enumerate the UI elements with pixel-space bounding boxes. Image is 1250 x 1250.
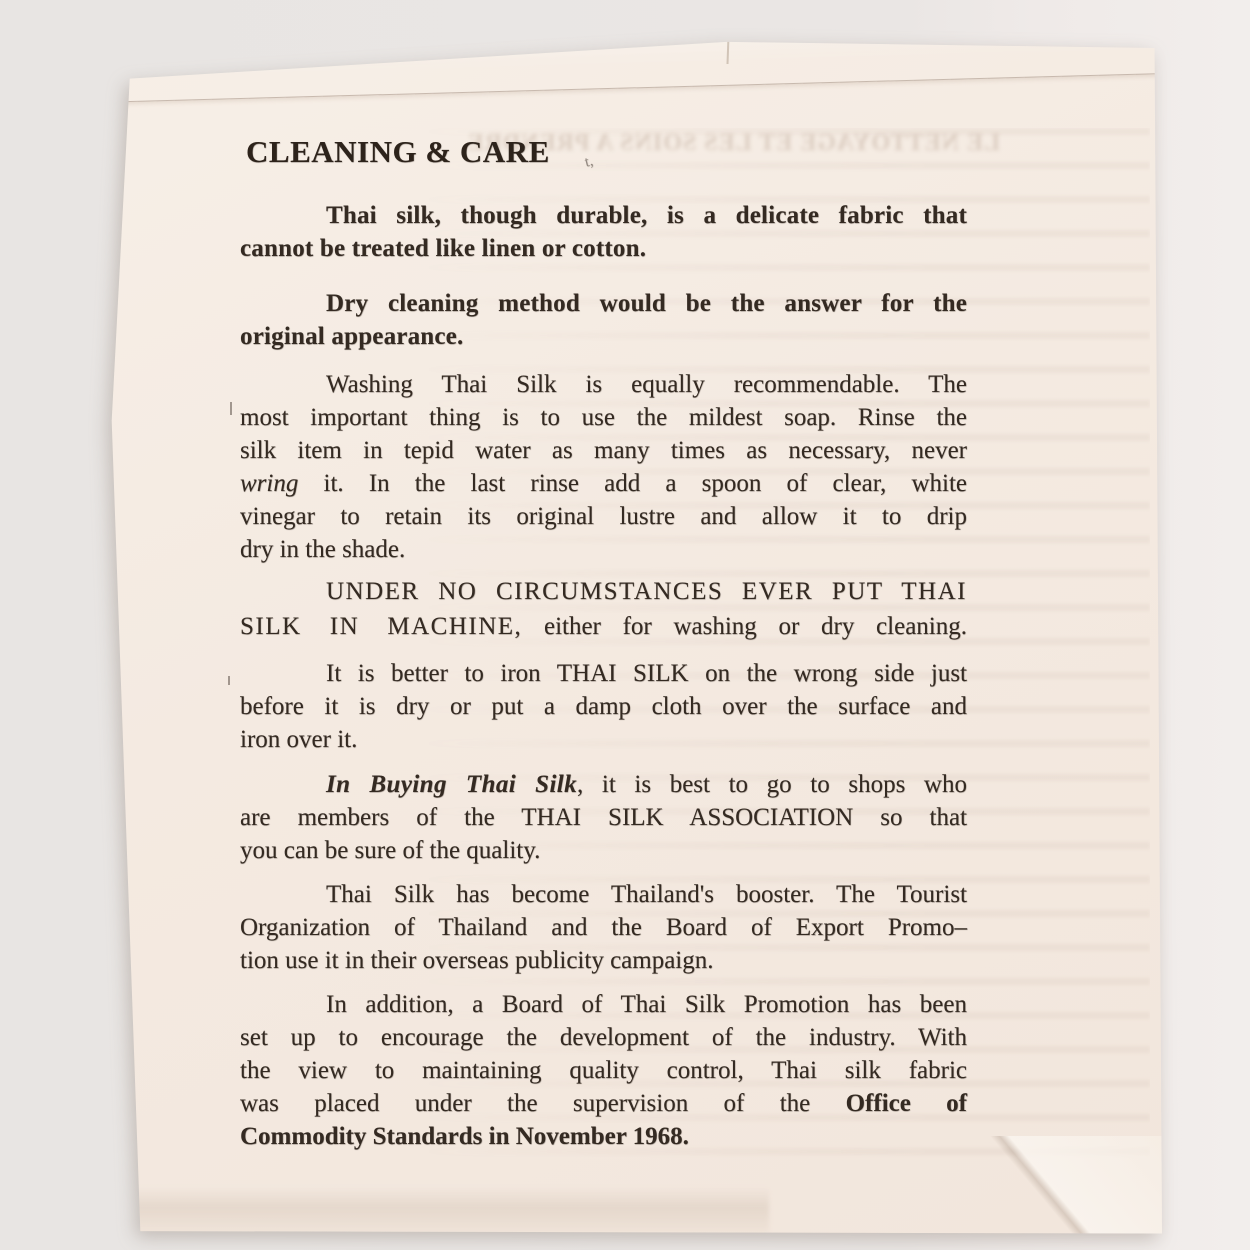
text-line: tion use it in their overseas publicity … (240, 944, 967, 977)
paragraph-delicate-fabric: Thai silk, though durable, is a delicate… (240, 199, 967, 265)
heading-row: CLEANING & CARE t, (246, 132, 967, 178)
text-line: It is better to iron THAI SILK on the wr… (240, 657, 967, 690)
text-line: Organization of Thailand and the Board o… (240, 911, 967, 944)
text-line: iron over it. (240, 723, 967, 756)
text-line: In Buying Thai Silk, it is best to go to… (240, 768, 967, 801)
stray-ink-mark: t, (580, 142, 597, 183)
text-line: set up to encourage the development of t… (240, 1021, 967, 1054)
paragraph-ironing: It is better to iron THAI SILK on the wr… (240, 657, 967, 756)
text-line: you can be sure of the quality. (240, 834, 967, 867)
paragraph-washing-instructions: Washing Thai Silk is equally recommendab… (240, 368, 967, 566)
warning-caps-segment: SILK IN MACHINE, (240, 613, 522, 640)
text-line: dry in the shade. (240, 533, 967, 566)
italic-word-wring: wring (240, 470, 298, 497)
text-line: vinegar to retain its original lustre an… (240, 500, 967, 533)
text-line: Thai Silk has become Thailand's booster.… (240, 878, 967, 911)
text-segment: was placed under the supervision of the (240, 1090, 846, 1117)
text-segment: it. In the last rinse add a spoon of cle… (298, 470, 967, 497)
print-speck (228, 676, 230, 685)
paragraph-machine-warning: UNDER NO CIRCUMSTANCES EVER PUT THAI SIL… (240, 574, 967, 644)
bold-italic-buying-segment: In Buying Thai Silk (326, 771, 577, 798)
text-line: In addition, a Board of Thai Silk Promot… (240, 988, 967, 1021)
text-line: Washing Thai Silk is equally recommendab… (240, 368, 967, 401)
text-line: Dry cleaning method would be the answer … (240, 287, 967, 320)
text-line: before it is dry or put a damp cloth ove… (240, 690, 967, 723)
text-line: most important thing is to use the milde… (240, 401, 967, 434)
text-line: the view to maintaining quality control,… (240, 1054, 967, 1087)
paragraph-dry-cleaning: Dry cleaning method would be the answer … (240, 287, 967, 353)
text-segment: , it is best to go to shops who (577, 771, 967, 798)
text-line: Thai silk, though durable, is a delicate… (240, 199, 967, 232)
bold-office-segment: Office of (846, 1090, 967, 1117)
top-fold-crease (90, 0, 1185, 103)
print-speck (230, 402, 232, 415)
bold-commodity-segment: Commodity Standards in November 1968. (240, 1123, 689, 1150)
text-line: cannot be treated like linen or cotton. (240, 232, 967, 265)
table-surface: LE NETTOYAGE ET LES SOINS A PRENDRE CLEA… (0, 0, 1250, 1250)
bottom-fold-shadow (132, 1187, 769, 1233)
paper-shadow-wrap: LE NETTOYAGE ET LES SOINS A PRENDRE CLEA… (100, 10, 1162, 1236)
page-title: CLEANING & CARE (246, 134, 550, 169)
text-line: UNDER NO CIRCUMSTANCES EVER PUT THAI (240, 574, 967, 609)
text-line: was placed under the supervision of the … (240, 1087, 967, 1120)
text-line: original appearance. (240, 320, 967, 353)
paragraph-promotion-board: In addition, a Board of Thai Silk Promot… (240, 988, 967, 1153)
text-line: wring it. In the last rinse add a spoon … (240, 467, 967, 500)
paragraph-buying: In Buying Thai Silk, it is best to go to… (240, 768, 967, 867)
top-fold-nick (726, 36, 729, 64)
document-page: LE NETTOYAGE ET LES SOINS A PRENDRE CLEA… (100, 10, 1162, 1236)
text-line: Commodity Standards in November 1968. (240, 1120, 967, 1153)
text-segment: either for washing or dry cleaning. (522, 613, 967, 640)
page-content: CLEANING & CARE t, Thai silk, though dur… (240, 132, 967, 1153)
paragraph-booster: Thai Silk has become Thailand's booster.… (240, 878, 967, 977)
text-line: are members of the THAI SILK ASSOCIATION… (240, 801, 967, 834)
text-line: SILK IN MACHINE, either for washing or d… (240, 609, 967, 644)
text-line: silk item in tepid water as many times a… (240, 434, 967, 467)
warning-caps-segment: UNDER NO CIRCUMSTANCES EVER PUT THAI (326, 578, 967, 605)
